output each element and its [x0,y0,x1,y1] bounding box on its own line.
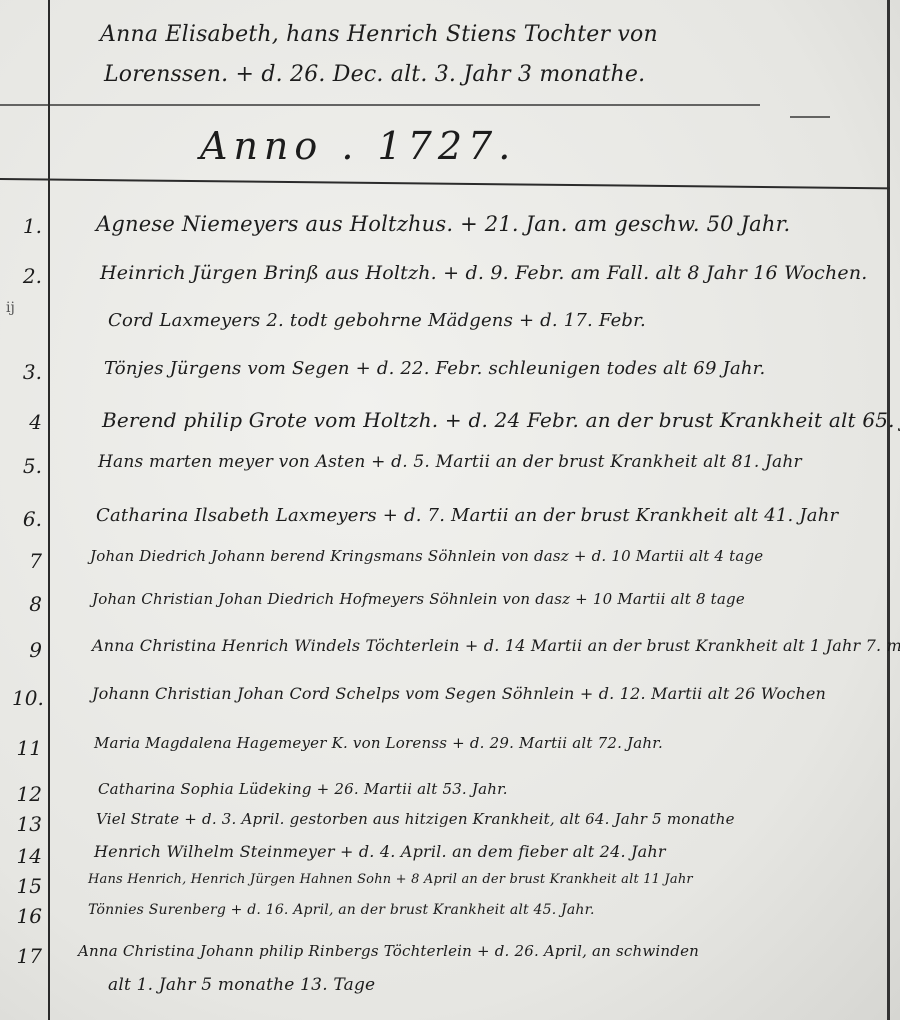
entry-number: 10. [12,686,42,710]
register-entry: Hans marten meyer von Asten + d. 5. Mart… [98,452,802,472]
register-entry: Catharina Ilsabeth Laxmeyers + d. 7. Mar… [96,505,838,526]
entry-number: 9 [12,638,42,662]
entry-number: 13 [12,812,42,836]
page-edge [887,0,890,1020]
register-entry: Hans Henrich, Henrich Jürgen Hahnen Sohn… [88,872,693,887]
manuscript-page: Anna Elisabeth, hans Henrich Stiens Toch… [0,0,900,1020]
entry-number: 15 [12,874,42,898]
register-entry: Agnese Niemeyers aus Holtzhus. + 21. Jan… [96,212,790,236]
register-entry: Anna Christina Johann philip Rinbergs Tö… [78,942,699,960]
entry-number: 3. [12,360,42,384]
entry-number: 8 [12,592,42,616]
carryover-entry-line-2: Lorenssen. + d. 26. Dec. alt. 3. Jahr 3 … [104,62,645,87]
entry-number: 6. [12,507,42,531]
entry-number: 17 [12,944,42,968]
register-entry: Tönjes Jürgens vom Segen + d. 22. Febr. … [104,358,765,379]
entry-number: 7 [12,549,42,573]
register-entry: Catharina Sophia Lüdeking + 26. Martii a… [98,780,508,798]
register-entry: Tönnies Surenberg + d. 16. April, an der… [88,902,595,918]
header-rule [0,178,890,189]
register-entry: Anna Christina Henrich Windels Töchterle… [92,636,882,655]
year-heading: Anno . 1727. [200,124,516,168]
register-entry: Johann Christian Johan Cord Schelps vom … [92,684,826,703]
margin-rule [48,0,50,1020]
register-entry: alt 1. Jahr 5 monathe 13. Tage [108,975,375,995]
entry-number: 11 [12,736,42,760]
register-entry: Johan Christian Johan Diedrich Hofmeyers… [92,590,745,608]
register-entry: Berend philip Grote vom Holtzh. + d. 24 … [102,408,892,432]
register-entry: Johan Diedrich Johann berend Kringsmans … [90,547,763,565]
entry-number: 4 [12,410,42,434]
register-entry: Viel Strate + d. 3. April. gestorben aus… [96,810,735,828]
divider-rule-fragment [790,116,830,118]
carryover-entry-line-1: Anna Elisabeth, hans Henrich Stiens Toch… [100,22,658,47]
entry-number: 1. [12,214,42,238]
margin-mark: ij [6,300,15,316]
entry-number: 16 [12,904,42,928]
register-entry: Maria Magdalena Hagemeyer K. von Lorenss… [94,734,663,752]
entry-number: 12 [12,782,42,806]
register-entry: Cord Laxmeyers 2. todt gebohrne Mädgens … [108,310,646,331]
entry-number: 5. [12,454,42,478]
divider-rule [0,104,760,106]
entry-number: 2. [12,264,42,288]
register-entry: Henrich Wilhelm Steinmeyer + d. 4. April… [94,842,666,861]
register-entry: Heinrich Jürgen Brinß aus Holtzh. + d. 9… [100,262,868,284]
entry-number: 14 [12,844,42,868]
